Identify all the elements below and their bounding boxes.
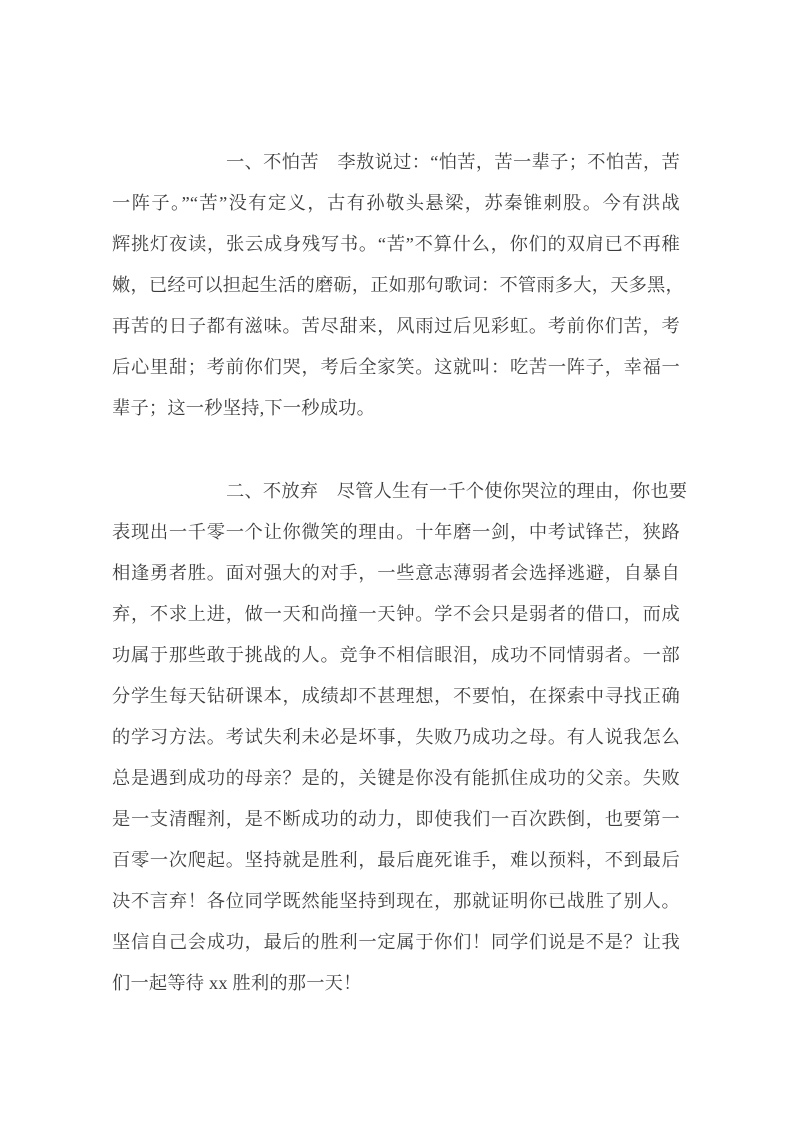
text-line: 决不言弃！各位同学既然能坚持到现在，那就证明你已战胜了别人。 (112, 881, 680, 922)
text-line: 辈子；这一秒坚持,下一秒成功。 (112, 388, 680, 429)
document-body: 一、不怕苦 李敖说过：“怕苦，苦一辈子；不怕苦，苦一阵子。”“苦”没有定义，古有… (112, 142, 680, 1046)
text-line: 们一起等待 xx 胜利的那一天！ (112, 963, 680, 1004)
text-line: 坚信自己会成功，最后的胜利一定属于你们！同学们说是不是？让我 (112, 922, 680, 963)
text-line: 百零一次爬起。坚持就是胜利，最后鹿死谁手，难以预料，不到最后 (112, 840, 680, 881)
text-line: 功属于那些敢于挑战的人。竞争不相信眼泪，成功不同情弱者。一部 (112, 635, 680, 676)
text-line: 一、不怕苦 李敖说过：“怕苦，苦一辈子；不怕苦，苦 (112, 142, 680, 183)
document-page: 一、不怕苦 李敖说过：“怕苦，苦一辈子；不怕苦，苦一阵子。”“苦”没有定义，古有… (0, 0, 793, 1122)
text-line: 是一支清醒剂，是不断成功的动力，即使我们一百次跌倒，也要第一 (112, 799, 680, 840)
text-line: 弃，不求上进，做一天和尚撞一天钟。学不会只是弱者的借口，而成 (112, 594, 680, 635)
text-line: 辉挑灯夜读，张云成身残写书。“苦”不算什么，你们的双肩已不再稚 (112, 224, 680, 265)
paragraph-2: 二、不放弃 尽管人生有一千个使你哭泣的理由，你也要表现出一千零一个让你微笑的理由… (112, 471, 680, 1004)
text-line: 表现出一千零一个让你微笑的理由。十年磨一剑，中考试锋芒，狭路 (112, 512, 680, 553)
text-line: 分学生每天钻研课本，成绩却不甚理想，不要怕，在探索中寻找正确 (112, 676, 680, 717)
text-line: 相逢勇者胜。面对强大的对手，一些意志薄弱者会选择逃避，自暴自 (112, 553, 680, 594)
text-line: 一阵子。”“苦”没有定义，古有孙敬头悬梁，苏秦锥刺股。今有洪战 (112, 183, 680, 224)
text-line: 二、不放弃 尽管人生有一千个使你哭泣的理由，你也要 (112, 471, 680, 512)
text-line: 嫩，已经可以担起生活的磨砺，正如那句歌词：不管雨多大，天多黑， (112, 265, 680, 306)
text-line: 的学习方法。考试失利未必是坏事，失败乃成功之母。有人说我怎么 (112, 717, 680, 758)
text-line: 再苦的日子都有滋味。苦尽甜来，风雨过后见彩虹。考前你们苦，考 (112, 306, 680, 347)
paragraph-1: 一、不怕苦 李敖说过：“怕苦，苦一辈子；不怕苦，苦一阵子。”“苦”没有定义，古有… (112, 142, 680, 429)
text-line: 总是遇到成功的母亲？是的，关键是你没有能抓住成功的父亲。失败 (112, 758, 680, 799)
text-line: 后心里甜；考前你们哭，考后全家笑。这就叫：吃苦一阵子，幸福一 (112, 347, 680, 388)
